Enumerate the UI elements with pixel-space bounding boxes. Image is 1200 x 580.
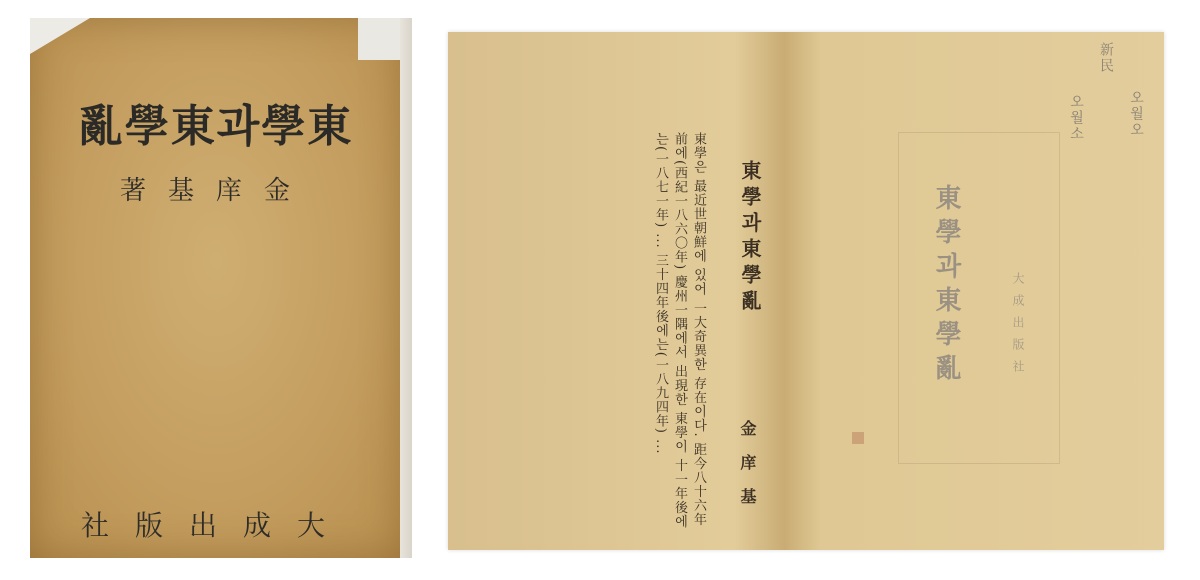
handwriting-line: 新民: [1096, 42, 1116, 74]
left-page-author: 金庠基: [736, 420, 759, 522]
title-page-frame: [898, 132, 1060, 464]
left-page: 東學은 最近世朝鮮에 있어 一大奇異한 存在이다. 距今八十六年前에(西紀一八六…: [448, 32, 788, 550]
tape-top-left: [30, 18, 90, 54]
cover-publisher: 大成出版社: [30, 504, 402, 544]
preface-body-text: 東學은 最近世朝鮮에 있어 一大奇異한 存在이다. 距今八十六年前에(西紀一八六…: [651, 132, 708, 532]
seal-stamp: [852, 432, 864, 444]
tape-top-right: [358, 18, 402, 60]
book-cover: 東學과東學亂 金庠基著 大成出版社: [30, 18, 402, 558]
cover-author: 金庠基著: [30, 170, 402, 207]
left-page-title: 東學과東學亂: [736, 160, 765, 316]
cover-title: 東學과東學亂: [30, 90, 402, 154]
title-page-title: 東學과東學亂: [928, 184, 965, 388]
open-book-spread: 東學은 最近世朝鮮에 있어 一大奇異한 存在이다. 距今八十六年前에(西紀一八六…: [448, 32, 1164, 550]
handwriting-line: 오월소: [1066, 94, 1086, 142]
right-page: 東學과東學亂 大成出版社 新民 오월오 오월소: [788, 32, 1164, 550]
handwriting-line: 오월오: [1126, 90, 1146, 138]
title-page-imprint: 大成出版社: [1010, 272, 1027, 382]
pencil-handwriting: 新民 오월오 오월소: [1048, 42, 1158, 192]
